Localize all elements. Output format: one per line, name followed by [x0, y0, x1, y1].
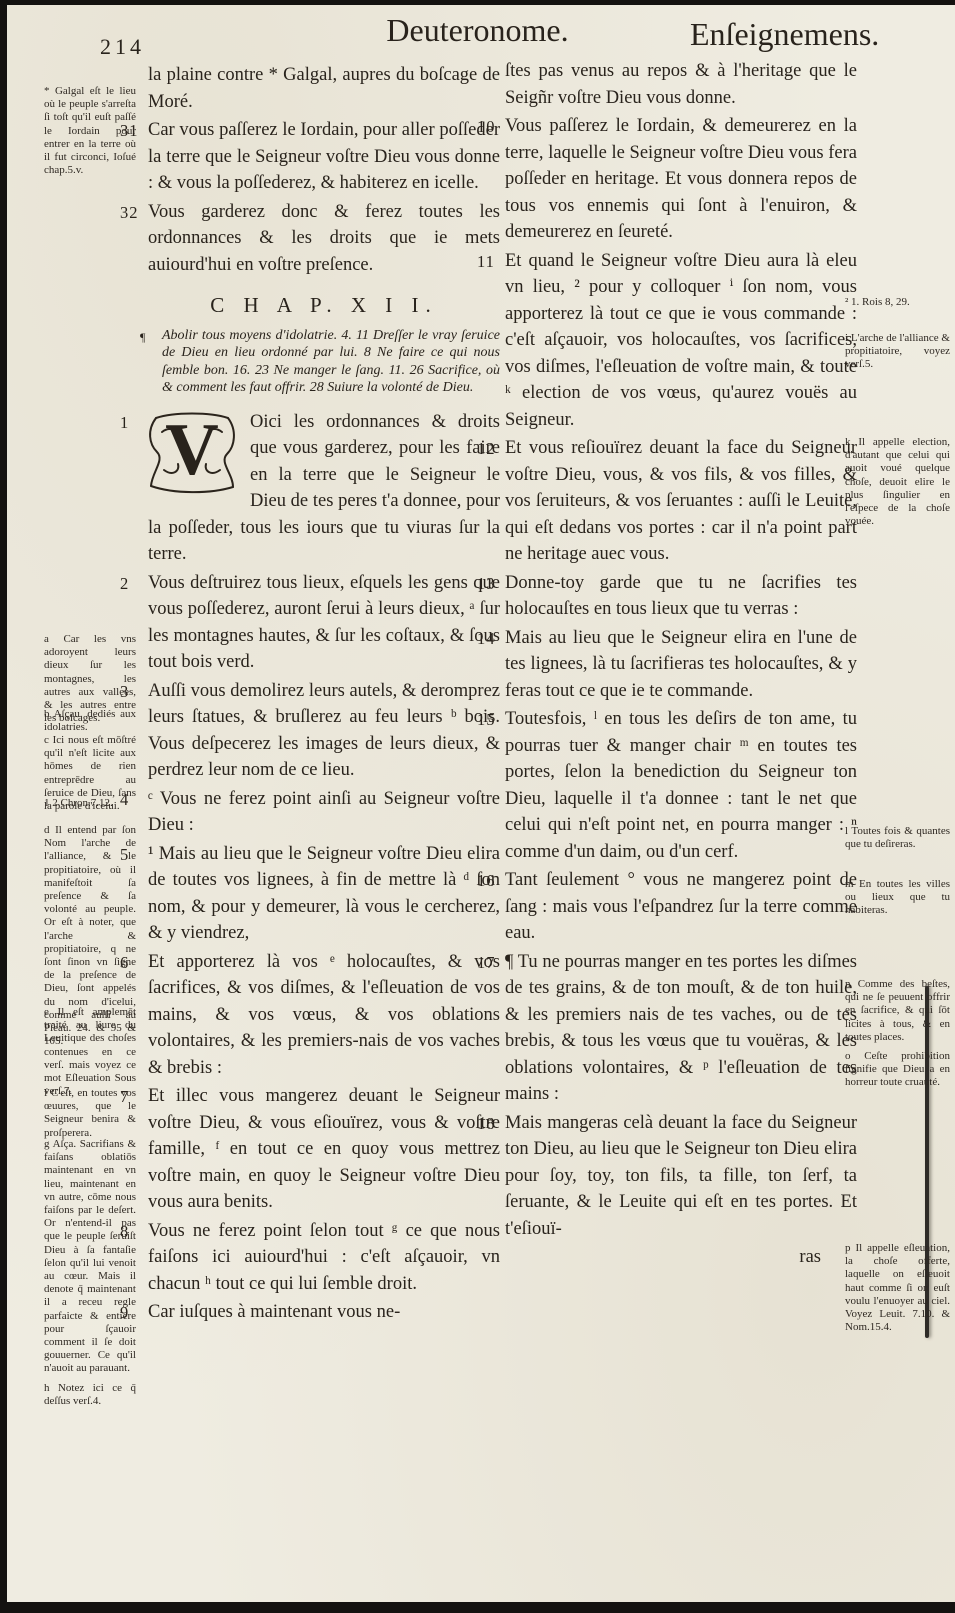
left-text-column: la plaine contre * Galgal, aupres du boſ…	[148, 62, 500, 1328]
verse-text: Et apporterez là vos ᵉ holocauſtes, & vo…	[148, 952, 500, 1078]
scan-edge-left	[0, 0, 7, 1613]
verse-number: 2	[120, 571, 146, 598]
verse: 8Vous ne ferez point ſelon tout ᵍ ce que…	[148, 1218, 500, 1298]
verse-number: 13	[477, 571, 503, 598]
margin-note: b Aſçau. dediés aux idolatries.	[44, 708, 136, 734]
chapter-summary: ¶Abolir tous moyens d'idolatrie. 4. 11 D…	[162, 327, 500, 397]
verse-text: Toutesfois, ˡ en tous les deſirs de ton …	[505, 709, 857, 862]
margin-note: 1 2.Chron.7.12.	[44, 797, 136, 810]
verse-text: Car iuſques à maintenant vous ne-	[148, 1302, 400, 1322]
verse-text: ¶ Tu ne pourras manger en tes portes les…	[505, 952, 857, 1105]
verse-text: ¹ Mais au lieu que le Seigneur voſtre Di…	[148, 844, 500, 944]
margin-note: e Il eſt amplemēt traité au liure du Leu…	[44, 1006, 136, 1098]
verse-number: 16	[477, 868, 503, 895]
verse-text: Donne-toy garde que tu ne ſacrifies tes …	[505, 573, 857, 620]
verse: 32Vous garderez donc & ferez toutes les …	[148, 199, 500, 279]
verse: 3Auſſi vous demolirez leurs autels, & de…	[148, 678, 500, 784]
margin-note: l Toutes fois & quantes que tu deſireras…	[845, 825, 950, 851]
verse-text: ſtes pas venus au repos & à l'heritage q…	[505, 61, 857, 108]
verse-text: la plaine contre * Galgal, aupres du boſ…	[148, 65, 500, 112]
margin-note: ² 1. Rois 8, 29.	[845, 296, 950, 309]
verse: 14Mais au lieu que le Seigneur elira en …	[505, 625, 857, 705]
margin-note: g Aſça. Sacrifians & faiſans oblatiōs ma…	[44, 1138, 136, 1376]
drop-cap-initial: V	[144, 404, 240, 496]
margin-note: m En toutes les villes ou lieux que tu h…	[845, 878, 950, 918]
verse: 31Car vous paſſerez le Iordain, pour all…	[148, 117, 500, 197]
verse: 11Et quand le Seigneur voſtre Dieu aura …	[505, 248, 857, 434]
verse: 1VOici les ordonnances & droits que vous…	[148, 409, 500, 568]
catchword: ras	[505, 1244, 857, 1271]
verse: 17¶ Tu ne pourras manger en tes portes l…	[505, 949, 857, 1108]
margin-note: f C'eſt, en toutes vos œuures, que le Se…	[44, 1087, 136, 1140]
scanned-bible-page: 214 Deuteronome. Enſeignemens. la plaine…	[0, 0, 955, 1613]
verse: 18Mais mangeras celà deuant la face du S…	[505, 1110, 857, 1243]
verse-continuation: la plaine contre * Galgal, aupres du boſ…	[148, 62, 500, 115]
summary-mark: ¶	[140, 329, 145, 347]
verse-text: Vous ne ferez point ſelon tout ᵍ ce que …	[148, 1221, 500, 1294]
margin-note: n Comme des beſtes, qui ne ſe peuuent of…	[845, 978, 950, 1044]
margin-note: p Il appelle eſleuation, la choſe offert…	[845, 1242, 950, 1334]
right-text-column: ſtes pas venus au repos & à l'heritage q…	[505, 58, 857, 1271]
verse-text: Vous garderez donc & ferez toutes les or…	[148, 202, 500, 275]
running-head: Enſeignemens.	[690, 16, 879, 53]
verse-text: Et vous reſiouïrez deuant la face du Sei…	[505, 438, 857, 564]
margin-note: k Il appelle election, d'autant que celu…	[845, 436, 950, 528]
margin-note: * Galgal eſt le lieu où le peuple s'arre…	[44, 85, 136, 177]
verse-text: Tant ſeulement ° vous ne mangerez point …	[505, 870, 857, 943]
margin-note: i L'arche de l'alliance & propitiatoire,…	[845, 332, 950, 372]
scan-edge-bottom	[0, 1602, 955, 1613]
verse-number: 15	[477, 707, 503, 734]
chapter-heading: C H A P. X I I.	[148, 292, 500, 319]
verse: 16Tant ſeulement ° vous ne mangerez poin…	[505, 867, 857, 947]
verse: 9Car iuſques à maintenant vous ne-	[148, 1299, 500, 1326]
chapter-summary-text: Abolir tous moyens d'idolatrie. 4. 11 Dr…	[162, 328, 500, 396]
verse-number: 1	[120, 410, 146, 437]
verse: 15Toutesfois, ˡ en tous les deſirs de to…	[505, 706, 857, 865]
verse-number: 14	[477, 626, 503, 653]
verse-text: Mais mangeras celà deuant la face du Sei…	[505, 1113, 857, 1239]
verse: 7Et illec vous mangerez deuant le Seigne…	[148, 1083, 500, 1216]
verse-number: 11	[477, 249, 503, 276]
verse-number: 10	[477, 114, 503, 141]
verse-number: 17	[477, 950, 503, 977]
verse: 10Vous paſſerez le Iordain, & demeurerez…	[505, 113, 857, 246]
verse-text: Vous deſtruirez tous lieux, eſquels les …	[148, 573, 500, 673]
verse-text: Vous paſſerez le Iordain, & demeurerez e…	[505, 116, 857, 242]
verse: 5¹ Mais au lieu que le Seigneur voſtre D…	[148, 841, 500, 947]
drop-cap: V	[144, 412, 240, 494]
verse-number: 12	[477, 436, 503, 463]
verse-text: ᶜ Vous ne ferez point ainſi au Seigneur …	[148, 789, 500, 836]
verse-text: Et quand le Seigneur voſtre Dieu aura là…	[505, 251, 857, 430]
verse-text: Auſſi vous demolirez leurs autels, & der…	[148, 681, 500, 781]
verse-continuation: ſtes pas venus au repos & à l'heritage q…	[505, 58, 857, 111]
verse: 12Et vous reſiouïrez deuant la face du S…	[505, 435, 857, 568]
verse: 2Vous deſtruirez tous lieux, eſquels les…	[148, 570, 500, 676]
scan-edge-top	[0, 0, 955, 5]
verse-text: Car vous paſſerez le Iordain, pour aller…	[148, 120, 500, 193]
verse: 4ᶜ Vous ne ferez point ainſi au Seigneur…	[148, 786, 500, 839]
margin-note: o Ceſte prohibition ſignifie que Dieu a …	[845, 1050, 950, 1090]
verse-number: 32	[120, 200, 146, 227]
verse-text: Et illec vous mangerez deuant le Seigneu…	[148, 1086, 500, 1212]
verse: 6Et apporterez là vos ᵉ holocauſtes, & v…	[148, 949, 500, 1082]
margin-note: h Notez ici ce q̄ deſſus verſ.4.	[44, 1382, 136, 1408]
verse: 13Donne-toy garde que tu ne ſacrifies te…	[505, 570, 857, 623]
verse-number: 18	[477, 1111, 503, 1138]
verse-text: Mais au lieu que le Seigneur elira en l'…	[505, 628, 857, 701]
